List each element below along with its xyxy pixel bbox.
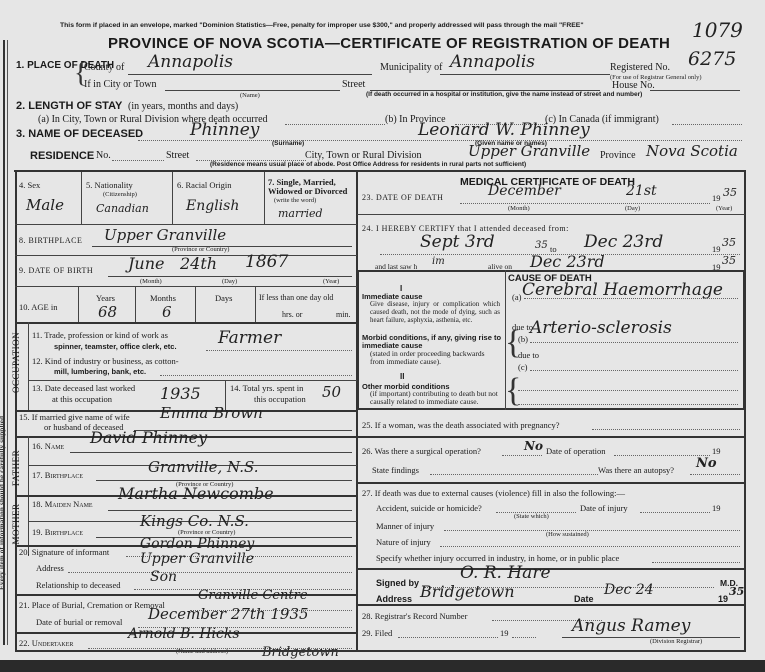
dob-label: 9. Date of Birth bbox=[19, 266, 93, 275]
age-min-label: min. bbox=[336, 310, 350, 319]
doctor-address-value: Bridgetown bbox=[420, 582, 515, 601]
municipality-label: Municipality of bbox=[380, 62, 443, 73]
length-of-stay-sub: (in years, months and days) bbox=[128, 101, 238, 112]
filed-year-prefix: 19 bbox=[500, 628, 509, 638]
q25-label: 25. If a woman, was the death associated… bbox=[362, 420, 560, 430]
mother-birthplace-label: 19. Birthplace bbox=[32, 527, 83, 537]
op-year-prefix: 19 bbox=[712, 446, 721, 456]
undertaker-label: 22. Undertaker bbox=[19, 638, 73, 648]
dob-day: 24th bbox=[180, 254, 217, 273]
mother-side-label: MOTHER bbox=[11, 500, 21, 548]
attended-from-value: Sept 3rd bbox=[420, 232, 495, 252]
deceased-surname: Phinney bbox=[190, 120, 259, 140]
cause-b-value: Arterio-sclerosis bbox=[530, 318, 672, 338]
findings-label: State findings bbox=[372, 465, 419, 475]
sex-label: 4. Sex bbox=[19, 180, 40, 190]
informant-sig-value: Gordon Phinney bbox=[140, 536, 254, 552]
age-years-value: 68 bbox=[98, 303, 117, 321]
birthplace-caption: (Province or Country) bbox=[172, 246, 229, 253]
signed-by-label: Signed by bbox=[376, 578, 419, 588]
immediate-desc: Give disease, injury or complication whi… bbox=[370, 300, 500, 324]
dod-month: December bbox=[488, 183, 561, 199]
nature-label: Nature of injury bbox=[376, 537, 431, 547]
father-birthplace-label: 17. Birthplace bbox=[32, 470, 83, 480]
q11-sub: spinner, teamster, office clerk, etc. bbox=[54, 342, 177, 351]
state-which-caption: (State which) bbox=[514, 513, 549, 520]
age-label: 10. AGE in bbox=[19, 302, 58, 312]
morbid-desc: (stated in order proceeding backwards fr… bbox=[370, 350, 500, 366]
q28-label: 28. Registrar's Record Number bbox=[362, 611, 467, 621]
dod-label: 23. DATE OF DEATH bbox=[362, 193, 443, 202]
age-years-label: Years bbox=[96, 293, 115, 303]
left-border-inner bbox=[7, 40, 8, 645]
op-date-label: Date of operation bbox=[546, 446, 605, 456]
registered-no-value: 6275 bbox=[688, 48, 736, 70]
signed-year: 35 bbox=[729, 585, 744, 598]
q12-sub: mill, lumbering, bank, etc. bbox=[54, 367, 146, 376]
q14-value: 50 bbox=[322, 383, 341, 401]
sex-value: Male bbox=[26, 196, 64, 214]
other-brace: { bbox=[505, 374, 521, 408]
signed-date-value: Dec 24 bbox=[604, 582, 654, 598]
cause-c-prefix: (c) bbox=[518, 362, 527, 372]
informant-address-label: Address bbox=[36, 563, 64, 573]
county-value: Annapolis bbox=[148, 52, 233, 72]
q27-label: 27. If death was due to external causes … bbox=[362, 488, 625, 498]
age-days-label: Days bbox=[215, 293, 232, 303]
stamp-number: 1079 bbox=[692, 18, 743, 42]
age-lt-label: If less than one day old bbox=[259, 293, 333, 302]
informant-address-value: Upper Granville bbox=[140, 551, 254, 567]
birthplace-value: Upper Granville bbox=[104, 226, 226, 244]
dod-year-prefix: 19 bbox=[712, 193, 721, 203]
dod-month-caption: (Month) bbox=[508, 205, 530, 212]
residence-label: RESIDENCE bbox=[30, 150, 94, 162]
marital-label: 7. Single, Married, Widowed or Divorced bbox=[268, 178, 358, 196]
burial-date-label: Date of burial or removal bbox=[36, 617, 122, 627]
injury-year-prefix: 19 bbox=[712, 503, 721, 513]
due-to-2: due to bbox=[518, 350, 539, 360]
surname-caption: (Surname) bbox=[272, 140, 304, 147]
name-caption: (Name) bbox=[240, 92, 260, 99]
dod-day-caption: (Day) bbox=[625, 205, 640, 212]
signed-date-label: Date bbox=[574, 594, 594, 604]
county-label: County of bbox=[84, 62, 124, 73]
last-saw-suffix: im bbox=[432, 256, 445, 267]
q13-value: 1935 bbox=[160, 384, 201, 403]
place-of-death-label: 1. PLACE OF DEATH bbox=[16, 60, 64, 71]
burial-place-label: 21. Place of Burial, Cremation or Remova… bbox=[19, 600, 165, 610]
father-name-label: 16. Name bbox=[32, 441, 64, 451]
age-months-value: 6 bbox=[162, 303, 172, 321]
father-side-label: FATHER bbox=[11, 444, 21, 492]
nationality-label: 5. Nationality bbox=[86, 180, 133, 190]
dod-year-caption: (Year) bbox=[716, 205, 732, 212]
attended-from-year: 35 bbox=[535, 240, 548, 251]
residence-city-value: Upper Granville bbox=[468, 142, 590, 160]
residence-province-value: Nova Scotia bbox=[646, 142, 738, 160]
dob-month-caption: (Month) bbox=[140, 278, 162, 285]
q12-label: 12. Kind of industry or business, as cot… bbox=[32, 356, 179, 366]
nationality-value: Canadian bbox=[96, 202, 149, 215]
marital-value: married bbox=[278, 207, 323, 220]
doctor-address-label: Address bbox=[376, 594, 412, 604]
q11-value: Farmer bbox=[218, 328, 281, 348]
registered-no-label: Registered No. bbox=[610, 62, 670, 73]
occupation-side-label: OCCUPATION bbox=[11, 337, 21, 393]
q13-label: 13. Date deceased last worked bbox=[32, 383, 135, 393]
how-sustained-caption: (How sustained) bbox=[546, 531, 589, 538]
father-birthplace-value: Granville, N.S. bbox=[148, 458, 258, 476]
registrar-signature: Angus Ramey bbox=[572, 616, 690, 636]
cause-a-value: Cerebral Haemorrhage bbox=[522, 280, 723, 300]
registrar-caption: (Division Registrar) bbox=[650, 638, 702, 645]
city-label: If in City or Town bbox=[84, 79, 156, 90]
header-notice: This form if placed in an envelope, mark… bbox=[60, 22, 584, 29]
municipality-value: Annapolis bbox=[450, 52, 535, 72]
q14-label: 14. Total yrs. spent in bbox=[230, 383, 303, 393]
street-label: Street bbox=[342, 79, 365, 90]
burial-date-value: December 27th 1935 bbox=[148, 605, 309, 623]
father-name-value: David Phinney bbox=[90, 428, 207, 447]
signed-by-value: O. R. Hare bbox=[460, 563, 551, 583]
racial-origin-label: 6. Racial Origin bbox=[177, 180, 232, 190]
residence-city-label: City, Town or Rural Division bbox=[305, 150, 422, 161]
dob-day-caption: (Day) bbox=[222, 278, 237, 285]
other-num: II bbox=[400, 372, 404, 381]
q14-sub: this occupation bbox=[254, 394, 306, 404]
spouse-label: 15. If married give name of wife bbox=[19, 412, 130, 422]
house-no-label: House No. bbox=[612, 80, 655, 91]
death-certificate: Every item of information should be care… bbox=[0, 0, 765, 660]
alive-on-value: Dec 23rd bbox=[530, 252, 605, 271]
marital-sub: (write the word) bbox=[274, 197, 316, 204]
mother-maiden-label: 18. Maiden Name bbox=[32, 499, 93, 509]
burial-place-value: Granville Centre bbox=[198, 588, 308, 603]
alive-on-year: 35 bbox=[722, 254, 736, 267]
deceased-given-names: Leonard W. Phinney bbox=[418, 120, 590, 140]
dod-day: 21st bbox=[626, 183, 657, 199]
q13-sub: at this occupation bbox=[52, 394, 112, 404]
father-name-label-text: 16. Name bbox=[32, 441, 64, 451]
autopsy-label: Was there an autopsy? bbox=[598, 465, 674, 475]
dob-year-caption: (Year) bbox=[323, 278, 339, 285]
morbid-label: Morbid conditions, if any, giving rise t… bbox=[362, 334, 502, 350]
age-months-label: Months bbox=[150, 293, 176, 303]
deceased-label: 3. NAME OF DECEASED bbox=[16, 128, 143, 140]
nationality-sub: (Citizenship) bbox=[103, 191, 137, 198]
manner-label: Manner of injury bbox=[376, 521, 434, 531]
undertaker-address: Bridgetown bbox=[262, 645, 339, 660]
residence-no-label: No. bbox=[96, 150, 111, 161]
autopsy-value: No bbox=[696, 456, 717, 471]
injury-date-label: Date of injury bbox=[580, 503, 628, 513]
residence-note: (Residence means usual place of abode. P… bbox=[210, 161, 526, 168]
dod-year: 35 bbox=[723, 186, 737, 199]
residence-street-label: Street bbox=[166, 150, 189, 161]
other-desc: (if important) contributing to death but… bbox=[370, 390, 502, 406]
page-title: PROVINCE OF NOVA SCOTIA—CERTIFICATE OF R… bbox=[108, 35, 670, 52]
residence-province-label: Province bbox=[600, 150, 636, 161]
birthplace-label: 8. Birthplace bbox=[19, 236, 82, 245]
racial-origin-value: English bbox=[186, 198, 239, 214]
spouse-value: Emma Brown bbox=[160, 404, 263, 422]
q26-label: 26. Was there a surgical operation? bbox=[362, 446, 481, 456]
q11-label: 11. Trade, profession or kind of work as bbox=[32, 330, 168, 340]
informant-sig-label: 20. Signature of informant bbox=[19, 547, 109, 557]
informant-relation-label: Relationship to deceased bbox=[36, 580, 121, 590]
scan-bottom-edge bbox=[0, 660, 765, 672]
mother-maiden-value: Martha Newcombe bbox=[118, 484, 274, 503]
dob-month: June bbox=[128, 254, 165, 273]
mother-birthplace-value: Kings Co. N.S. bbox=[140, 512, 249, 530]
hospital-note: (If death occurred in a hospital or inst… bbox=[366, 91, 642, 98]
attended-to-year: 35 bbox=[722, 236, 736, 249]
q26-value: No bbox=[524, 439, 543, 453]
mother-birthplace-caption: (Province or Country) bbox=[178, 529, 235, 536]
cause-b-prefix: (b) bbox=[518, 334, 528, 344]
informant-relation-value: Son bbox=[150, 569, 177, 585]
age-hrs-label: hrs. or bbox=[282, 310, 302, 319]
dob-year: 1867 bbox=[245, 252, 288, 272]
attended-year-prefix: 19 bbox=[712, 244, 721, 254]
specify-label: Specify whether injury occurred in indus… bbox=[376, 553, 619, 563]
signed-year-prefix: 19 bbox=[718, 594, 728, 604]
cause-a-prefix: (a) bbox=[512, 292, 521, 302]
length-of-stay-label: 2. LENGTH OF STAY bbox=[16, 100, 122, 112]
q29-label: 29. Filed bbox=[362, 628, 392, 638]
accident-label: Accident, suicide or homicide? bbox=[376, 503, 482, 513]
undertaker-value: Arnold B. Hicks bbox=[128, 626, 240, 642]
margin-note: Every item of information should be care… bbox=[0, 170, 6, 590]
attended-to-value: Dec 23rd bbox=[584, 232, 663, 252]
